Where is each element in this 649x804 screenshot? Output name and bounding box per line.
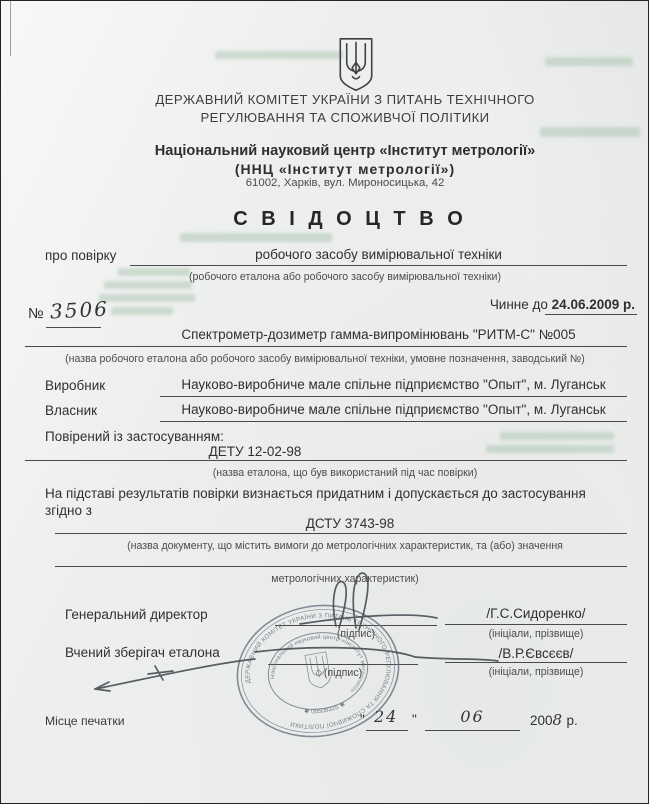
bleed-through-ghost — [540, 127, 640, 137]
conclusion-document: ДСТУ 3743-98 — [60, 516, 640, 531]
owner-label: Власник — [45, 403, 97, 418]
stamp-place-label: Місце печатки — [45, 714, 125, 728]
certificate-scan: ДЕРЖАВНИЙ КОМІТЕТ УКРАЇНИ З ПИТАНЬ ТЕХНІ… — [0, 0, 649, 804]
organization-name: Національний науковий центр «Інститут ме… — [60, 143, 630, 159]
issuer-line-2: РЕГУЛЮВАННЯ ТА СПОЖИВЧОЇ ПОЛІТИКИ — [60, 110, 630, 125]
valid-label: Чинне до — [490, 297, 548, 312]
valid-date: 24.06.2009 р. — [552, 297, 635, 312]
bleed-through-ghost — [545, 57, 633, 66]
date-month-underline — [425, 730, 520, 731]
conclusion-line-1: На підставі результатів повірки визнаєть… — [45, 486, 586, 501]
date-quote-open: " — [360, 712, 365, 727]
date-quote-close: " — [412, 712, 417, 727]
scan-edge-artifact — [10, 0, 11, 56]
subject-caption: (робочого еталона або робочого засобу ви… — [60, 271, 630, 283]
etalon-caption: (назва еталона, що був використаний під … — [60, 467, 630, 479]
device-underline — [25, 346, 627, 347]
number-underline — [46, 327, 101, 328]
number-label: № — [28, 306, 44, 322]
valid-date-underline — [545, 314, 637, 315]
subject-label: про повірку — [45, 248, 116, 263]
owner-underline — [160, 421, 627, 422]
manufacturer-underline — [160, 396, 627, 397]
date-year-suffix: р. — [567, 713, 578, 728]
conclusion-underline-1 — [55, 533, 627, 534]
bleed-through-ghost — [111, 307, 173, 315]
verified-with-label: Повірений із застосуванням: — [45, 429, 224, 444]
date-year-digit-handwritten: 8 — [553, 711, 563, 729]
date-month-handwritten: 06 — [425, 707, 520, 726]
handwritten-signatures — [60, 560, 520, 710]
device-caption: (назва робочого еталона або робочого зас… — [30, 353, 620, 365]
etalon-underline — [25, 460, 627, 461]
conclusion-caption-1: (назва документу, що містить вимоги до м… — [60, 540, 630, 552]
device-name: Спектрометр-дозиметр гамма-випромінювань… — [130, 327, 627, 342]
certificate-title: С В І Д О Ц Т В О — [60, 208, 640, 231]
subject-value: робочого засобу вимірювальної техніки — [130, 247, 627, 262]
bleed-through-ghost — [180, 233, 332, 242]
manufacturer-value: Науково-виробниче мале спільне підприємс… — [160, 377, 627, 392]
bleed-through-ghost — [500, 432, 614, 440]
ukraine-trident-emblem — [336, 36, 376, 93]
owner-value: Науково-виробниче мале спільне підприємс… — [160, 402, 627, 417]
organization-address: 61002, Харків, вул. Мироносицька, 42 — [60, 177, 630, 189]
number-value-handwritten: 3506 — [49, 296, 109, 323]
subject-underline — [130, 265, 627, 266]
manufacturer-label: Виробник — [45, 378, 105, 393]
date-year-prefix: 200 — [530, 713, 553, 728]
date-day-underline — [366, 730, 408, 731]
verified-with-value: ДЕТУ 12-02-98 — [160, 444, 350, 459]
bleed-through-ghost — [99, 294, 195, 302]
bleed-through-ghost — [486, 445, 614, 453]
bleed-through-ghost — [215, 51, 343, 59]
date-day-handwritten: 24 — [374, 707, 398, 726]
organization-abbr: (ННЦ «Інститут метрології») — [60, 161, 630, 177]
issuer-line-1: ДЕРЖАВНИЙ КОМІТЕТ УКРАЇНИ З ПИТАНЬ ТЕХНІ… — [60, 92, 630, 107]
